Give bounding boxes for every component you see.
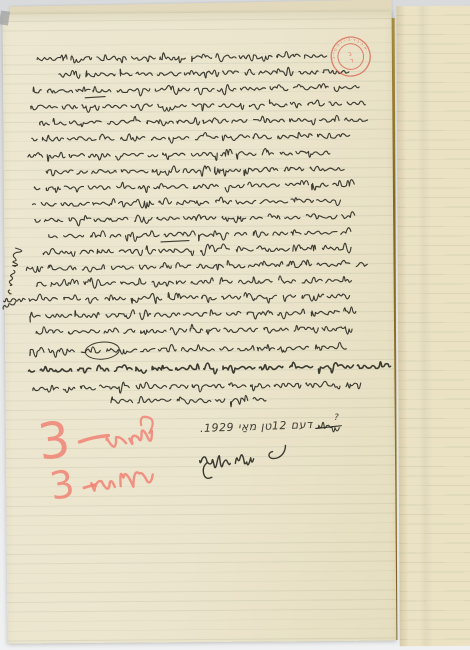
handwriting-line	[32, 131, 350, 145]
margin-note-lower-mark	[2, 301, 16, 309]
signature-flourish	[269, 445, 286, 458]
margin-note-scrawl	[7, 248, 22, 295]
red-word-scrawl	[106, 427, 154, 452]
signature-scrawl	[200, 455, 254, 468]
handwriting-line	[39, 114, 367, 128]
margin-note-vertical	[7, 248, 22, 295]
handwriting-line	[34, 179, 354, 194]
handwriting-line	[43, 243, 351, 258]
handwriting-line	[111, 395, 266, 408]
handwriting-line	[46, 164, 344, 178]
handwriting-line	[4, 290, 350, 306]
handwriting-line	[36, 322, 352, 337]
underline-mark	[161, 241, 189, 242]
handwriting-line	[59, 66, 349, 79]
red-annotation-marks	[79, 417, 155, 495]
stamp-center-glyph-2: ד	[349, 57, 355, 65]
margin-note-scrawl	[2, 301, 16, 309]
handwriting-line	[33, 379, 361, 394]
red-word-scrawl	[91, 468, 155, 494]
struck-out-word	[316, 422, 342, 432]
signature	[200, 445, 286, 478]
handwriting-line	[36, 275, 351, 289]
ink-layer: ·א·ב·ג·ד·ה·ו·ז·ח·ט·י·כ· ב ד	[0, 0, 470, 650]
handwriting-line	[35, 212, 355, 227]
handwriting-line	[37, 51, 327, 64]
underline-mark	[85, 97, 105, 98]
handwriting-line	[33, 83, 359, 97]
question-mark: ?	[334, 413, 339, 423]
red-dash-1	[79, 436, 108, 442]
handwriting-line	[28, 148, 330, 163]
handwriting-body	[1, 50, 391, 409]
red-word-2	[91, 468, 155, 494]
handwriting-line	[30, 307, 356, 322]
handwriting-line	[31, 99, 366, 113]
signature-tail	[203, 462, 212, 478]
handwriting-line	[30, 342, 347, 357]
handwriting-line	[28, 361, 390, 377]
handwriting-line	[49, 228, 351, 243]
red-annotation-number-1: 3	[35, 414, 73, 468]
red-word-1	[106, 427, 154, 452]
handwriting-line	[32, 196, 340, 210]
handwriting-line	[26, 259, 367, 273]
